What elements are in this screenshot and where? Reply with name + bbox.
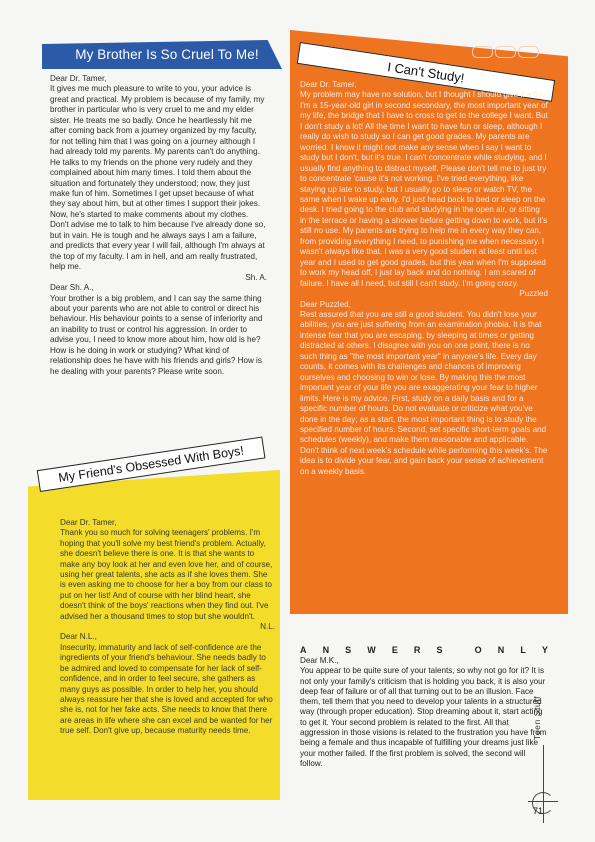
letter-signature: Puzzled bbox=[300, 289, 548, 299]
answers-only-reply: Dear M.K., You appear to be quite sure o… bbox=[300, 656, 550, 769]
letter-signature: Sh. A. bbox=[50, 273, 267, 283]
letter-greeting: Dear Dr. Tamer, bbox=[50, 74, 267, 84]
letter-study: Dear Dr. Tamer, My problem may have no s… bbox=[300, 80, 548, 477]
letter-friend: Dear Dr. Tamer, Thank you so much for so… bbox=[60, 518, 275, 737]
heading-letter: L bbox=[520, 645, 526, 655]
letter-greeting: Dear Dr. Tamer, bbox=[60, 518, 275, 528]
heading-letter: W bbox=[367, 645, 376, 655]
reply-greeting: Dear Sh. A., bbox=[50, 283, 267, 293]
letter-body: Thank you so much for solving teenagers'… bbox=[60, 528, 275, 622]
reply-greeting: Dear Puzzled, bbox=[300, 300, 548, 310]
heading-letter: S bbox=[345, 645, 351, 655]
heading-letter: Y bbox=[542, 645, 548, 655]
heading-letter: N bbox=[498, 645, 505, 655]
heading-letter: O bbox=[475, 645, 482, 655]
reply-body: You appear to be quite sure of your tale… bbox=[300, 666, 550, 769]
oval-icon bbox=[495, 46, 516, 58]
reply-body: Your brother is a big problem, and I can… bbox=[50, 294, 267, 378]
heading-letter: R bbox=[414, 645, 421, 655]
section-title-banner-brother: My Brother Is So Cruel To Me! bbox=[42, 40, 282, 69]
heading-letter: N bbox=[323, 645, 330, 655]
letter-brother: Dear Dr. Tamer, It gives me much pleasur… bbox=[50, 74, 267, 377]
decorative-ovals bbox=[472, 46, 539, 58]
reply-greeting: Dear N.L., bbox=[60, 632, 275, 642]
letter-body: My problem may have no solution, but I t… bbox=[300, 90, 548, 289]
reply-greeting: Dear M.K., bbox=[300, 656, 550, 666]
reply-body: Rest assured that you are still a good s… bbox=[300, 310, 548, 477]
reply-body: Insecurity, immaturity and lack of self-… bbox=[60, 643, 275, 737]
letter-signature: N.L. bbox=[60, 622, 275, 632]
heading-letter: E bbox=[392, 645, 398, 655]
letter-greeting: Dear Dr. Tamer, bbox=[300, 80, 548, 90]
section-name-vertical: Teen Stuff bbox=[532, 696, 542, 740]
section-title: My Brother Is So Cruel To Me! bbox=[75, 47, 258, 62]
oval-icon bbox=[518, 46, 539, 58]
page-number: 71 bbox=[533, 806, 543, 816]
heading-letter: S bbox=[437, 645, 443, 655]
heading-letter: A bbox=[300, 645, 307, 655]
answers-only-heading: A N S W E R S O N L Y bbox=[300, 645, 548, 655]
letter-body: It gives me much pleasure to write to yo… bbox=[50, 84, 267, 272]
magazine-page: My Brother Is So Cruel To Me! Dear Dr. T… bbox=[0, 0, 595, 842]
oval-icon bbox=[472, 46, 493, 58]
